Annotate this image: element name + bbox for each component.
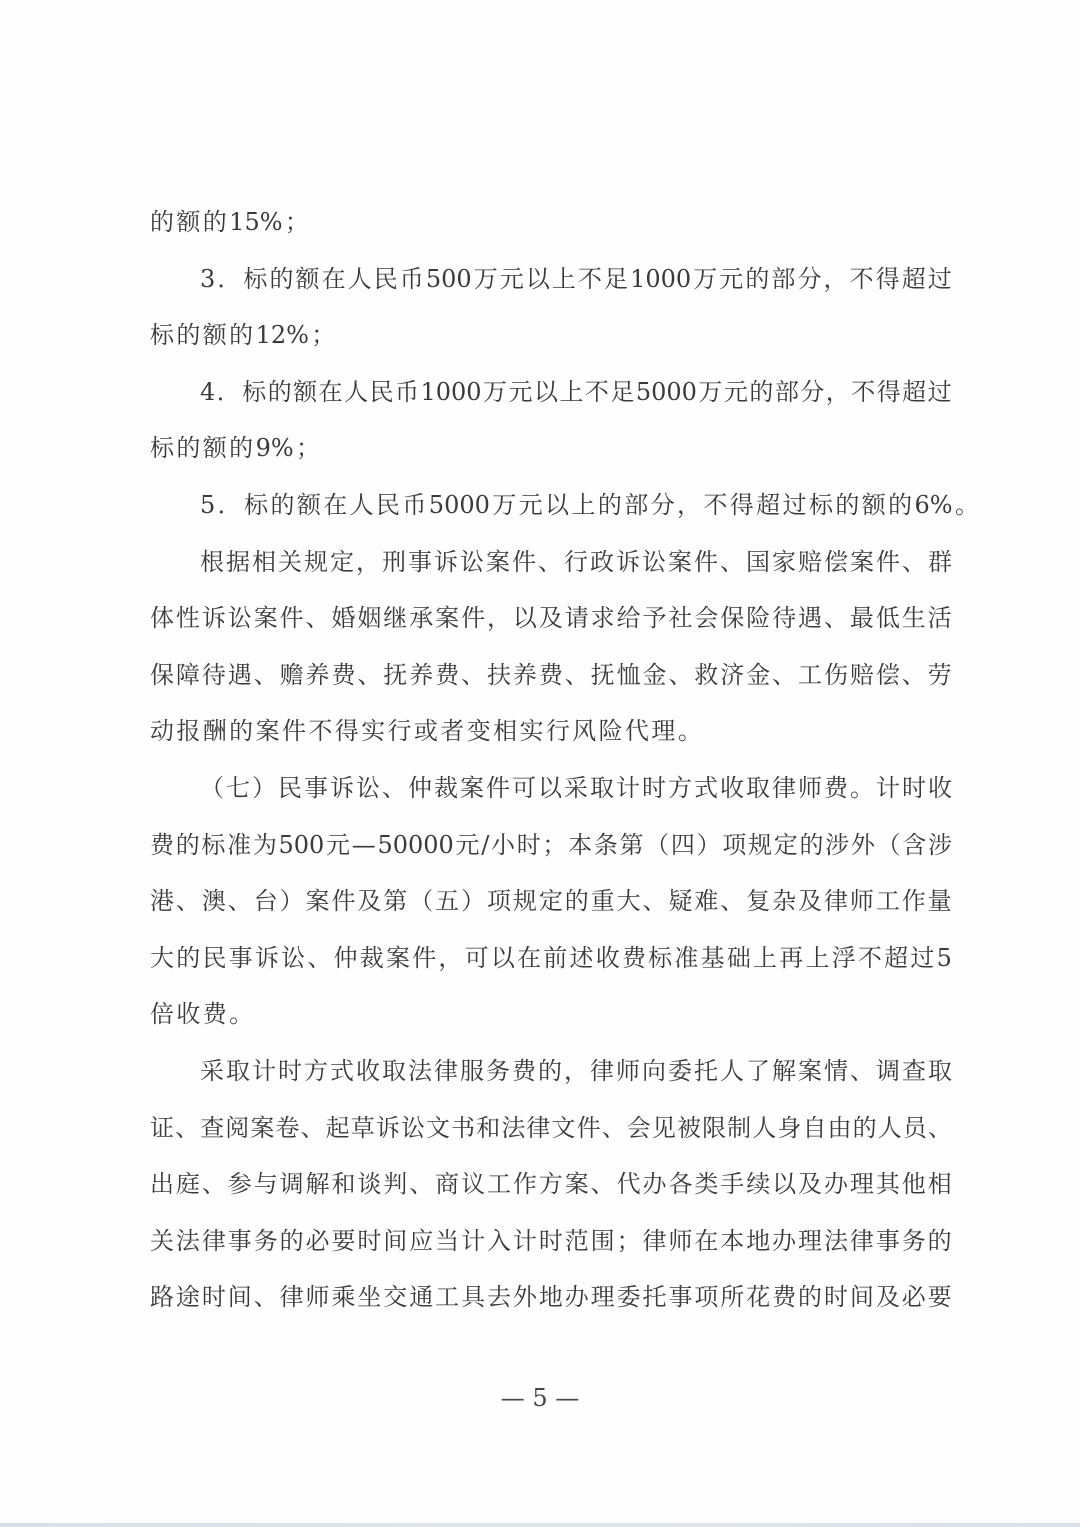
text-line: 动报酬的案件不得实行或者变相实行风险代理。: [150, 711, 952, 768]
text-line: 港、澳、台）案件及第（五）项规定的重大、疑难、复杂及律师工作量: [150, 881, 952, 938]
text-line: 出庭、参与调解和谈判、商议工作方案、代办各类手续以及办理其他相: [150, 1164, 952, 1221]
text-line: 证、查阅案卷、起草诉讼文书和法律文件、会见被限制人身自由的人员、: [150, 1108, 952, 1165]
text-line: 采取计时方式收取法律服务费的，律师向委托人了解案情、调查取: [150, 1051, 952, 1108]
text-line: 4．标的额在人民币1000万元以上不足5000万元的部分，不得超过: [150, 372, 952, 429]
scan-edge-strip: [0, 1523, 1080, 1527]
text-line: 标的额的12%；: [150, 315, 952, 372]
text-line: 倍收费。: [150, 994, 952, 1051]
text-line: 根据相关规定，刑事诉讼案件、行政诉讼案件、国家赔偿案件、群: [150, 542, 952, 599]
text-line: 保障待遇、赡养费、抚养费、扶养费、抚恤金、救济金、工伤赔偿、劳: [150, 655, 952, 712]
text-line: （七）民事诉讼、仲裁案件可以采取计时方式收取律师费。计时收: [150, 768, 952, 825]
body-text: 的额的15%； 3．标的额在人民币500万元以上不足1000万元的部分，不得超过…: [150, 202, 952, 1334]
text-line: 体性诉讼案件、婚姻继承案件，以及请求给予社会保险待遇、最低生活: [150, 598, 952, 655]
document-page: 的额的15%； 3．标的额在人民币500万元以上不足1000万元的部分，不得超过…: [0, 0, 1080, 1527]
text-line: 路途时间、律师乘坐交通工具去外地办理委托事项所花费的时间及必要: [150, 1277, 952, 1334]
text-line: 关法律事务的必要时间应当计入计时范围；律师在本地办理法律事务的: [150, 1221, 952, 1278]
text-line: 费的标准为500元—50000元/小时；本条第（四）项规定的涉外（含涉: [150, 825, 952, 882]
text-line: 的额的15%；: [150, 202, 952, 259]
text-line: 标的额的9%；: [150, 428, 952, 485]
page-number: — 5 —: [0, 1384, 1080, 1412]
text-line: 大的民事诉讼、仲裁案件，可以在前述收费标准基础上再上浮不超过5: [150, 938, 952, 995]
text-line: 3．标的额在人民币500万元以上不足1000万元的部分，不得超过: [150, 259, 952, 316]
text-line: 5．标的额在人民币5000万元以上的部分，不得超过标的额的6%。: [150, 485, 952, 542]
